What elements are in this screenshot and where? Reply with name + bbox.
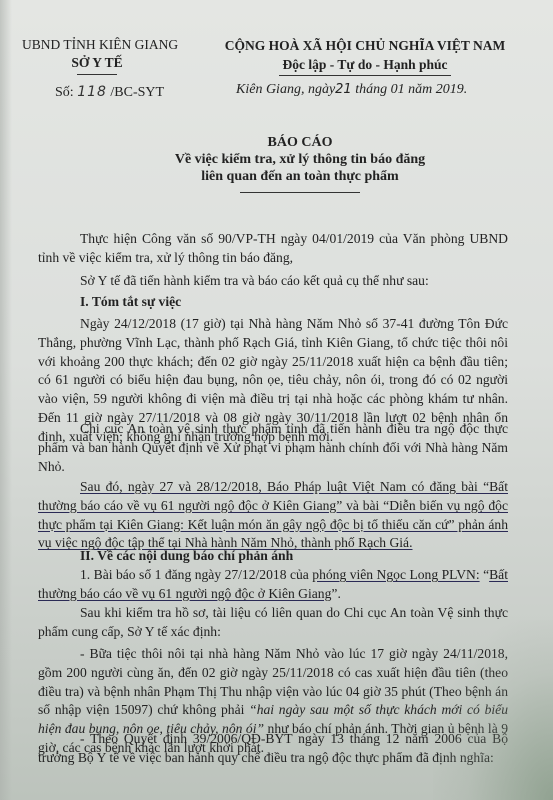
handwritten-day: 21: [335, 82, 352, 97]
national-motto: Độc lập - Tự do - Hạnh phúc: [215, 55, 515, 74]
subject-line-2: liên quan đến an toàn thực phẩm: [100, 168, 500, 185]
item-1-heading: 1. Bài báo số 1 đăng ngày 27/12/2018 của…: [38, 566, 508, 604]
handwritten-number: 118: [77, 84, 107, 100]
section-1-paragraph-2: Chi cục An toàn vệ sinh thực phẩm tỉnh đ…: [38, 420, 508, 476]
intro-paragraph-2: Sở Y tế đã tiến hành kiểm tra và báo cáo…: [38, 272, 508, 291]
issuing-agency-header: UBND TỈNH KIÊN GIANG SỞ Y TẾ: [22, 36, 172, 75]
country-name: CỘNG HOÀ XÃ HỘI CHỦ NGHĨA VIỆT NAM: [215, 36, 515, 55]
reporter-name: phóng viên Ngọc Long PLVN:: [312, 567, 479, 582]
document-type: BÁO CÁO: [100, 134, 500, 151]
document-title: BÁO CÁO Về việc kiểm tra, xử lý thông ti…: [100, 134, 500, 193]
item-1-bullet-2: - Theo Quyết định 39/2006/QĐ-BYT ngày 13…: [38, 730, 508, 768]
section-1-paragraph-3: Sau đó, ngày 27 và 28/12/2018, Báo Pháp …: [38, 478, 508, 553]
header-divider: [77, 74, 117, 75]
organization-name: SỞ Y TẾ: [22, 54, 172, 72]
place-and-date: Kiên Giang, ngày21 tháng 01 năm 2019.: [236, 82, 467, 98]
parent-organization: UBND TỈNH KIÊN GIANG: [22, 36, 172, 54]
subject-line-1: Về việc kiểm tra, xử lý thông tin báo đă…: [100, 151, 500, 168]
national-header: CỘNG HOÀ XÃ HỘI CHỦ NGHĨA VIỆT NAM Độc l…: [215, 36, 515, 76]
section-2-heading: II. Về các nội dung báo chí phản ánh: [38, 547, 508, 566]
intro-paragraph: Thực hiện Công văn số 90/VP-TH ngày 04/0…: [38, 230, 508, 268]
item-1-paragraph: Sau khi kiểm tra hồ sơ, tài liệu có liên…: [38, 604, 508, 642]
document-number: Số: 118 /BC-SYT: [55, 84, 164, 101]
document-page: UBND TỈNH KIÊN GIANG SỞ Y TẾ Số: 118 /BC…: [0, 0, 553, 800]
title-divider: [240, 192, 360, 193]
motto-divider: [279, 75, 451, 76]
paper-shadow: [0, 0, 12, 800]
section-1-heading: I. Tóm tắt sự việc: [38, 293, 508, 312]
